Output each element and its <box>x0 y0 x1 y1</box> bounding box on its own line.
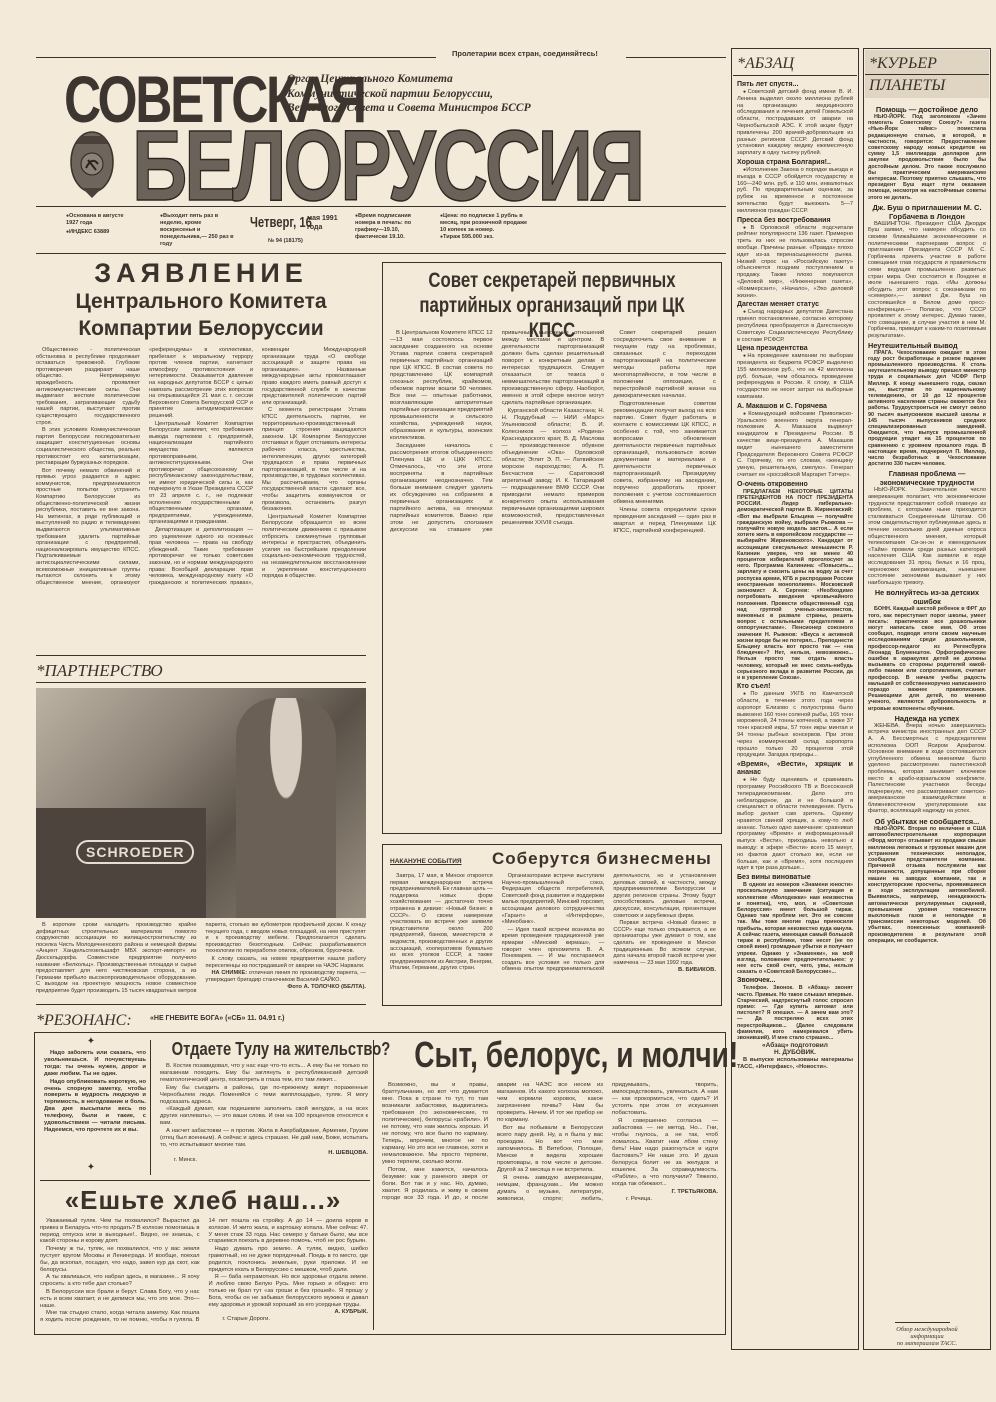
courier-item-head: Помощь — достойное дело <box>868 105 986 114</box>
abzac-item-text: ПРЕДЛАГАЕМ НЕКОТОРЫЕ ЦИТАТЫ ПРЕТЕНДЕНТОВ… <box>737 489 853 681</box>
abzac-item-head: Пресса без востребования <box>737 217 853 225</box>
abzac-body: Пять лет спустя... Советский детский фон… <box>737 79 853 1329</box>
abzac-item-text: В одном из номеров «Знамени юности» прос… <box>737 882 853 975</box>
abzac-item-head: Без вины виноватые <box>737 874 853 882</box>
letter3-title: Сыт, белорус, и молчи! <box>414 1034 685 1076</box>
abzac-item-head: Хороша страна Болгария!.. <box>737 159 853 167</box>
council-title-line1: Совет секретарей первичных <box>418 268 687 293</box>
masthead-organ: Орган Центрального Комитета Коммунистиче… <box>287 72 531 116</box>
statement-paragraph: С момента регистрации Устава КПСС деятел… <box>262 407 366 513</box>
index-text: ИНДЕКС 63889 <box>66 229 132 236</box>
courier-footer-line2: информации <box>868 1333 986 1340</box>
resonance-center-divider <box>373 1040 374 1330</box>
letter2-paragraph: Надо думать про землю. А туляк, видно, ш… <box>209 1246 369 1273</box>
business-kicker: НАКАНУНЕ СОБЫТИЯ <box>390 858 462 865</box>
courier-item-head: Главная проблема — экономические труднос… <box>868 469 986 487</box>
photo-caption: НА СНИМКЕ: отличная линия по производств… <box>206 970 367 983</box>
letter1-bottom-rule <box>40 1180 370 1181</box>
letter2-body: Уважаемый туляк. Чем ты похвалился? Выра… <box>40 1218 368 1330</box>
letter2-paragraph: А ты хвалишься, что набрал здесь, в мага… <box>40 1274 200 1288</box>
courier-item-text: НЬЮ-ЙОРК. Значительное число американцев… <box>868 487 986 586</box>
council-paragraph: Совет секретарей решил сосредоточить сво… <box>613 330 716 400</box>
letter1-paragraph: А насчет забастовки — я против. Жила в А… <box>160 1128 368 1149</box>
statement-bottom-rule <box>36 655 366 656</box>
letter3-city: г. Речица. <box>612 1196 718 1203</box>
courier-rubric-line2: ПЛАНЕТЫ <box>869 77 945 95</box>
circulation-text: Тираж 595.000 экз. <box>440 234 530 241</box>
council-paragraph: В Центральном Комитете КПСС 12—13 мая со… <box>390 330 493 442</box>
courier-item-text: НЬЮ-ЙОРК. Под заголовком «Зачем помогать… <box>868 114 986 201</box>
courier-item-head: Об убытках не сообщается... <box>868 817 986 826</box>
abzac-item-text: По данным УКГБ по Камчатской области, в … <box>737 691 853 759</box>
star-ornament-icon: ✦ <box>36 1162 146 1173</box>
courier-item-head: Надежда на успех <box>868 714 986 723</box>
statement-paragraph: Центральный Комитет Компартии Белоруссии… <box>262 514 366 580</box>
intro-paragraph: Надо заболеть или сказать, что увольняеш… <box>44 1050 146 1078</box>
letter2-signature: А. КУБРЫК. <box>209 1309 369 1316</box>
council-body: В Центральном Комитете КПСС 12—13 мая со… <box>390 330 716 828</box>
price-block: Цена: по подписке 1 рубль в месяц, при р… <box>440 213 530 241</box>
abzac-item-head: Кто съел! <box>737 683 853 691</box>
partnership-bottom-rule <box>36 1004 366 1005</box>
courier-footer-line1: Обзор международной <box>868 1326 986 1333</box>
resonance-reference: «НЕ ГНЕВИТЕ БОГА» («СБ» 11. 04.91 г.) <box>150 1015 285 1022</box>
partnership-photo: SCHROEDER <box>36 688 366 918</box>
letter2-city: г. Старые Дороги. <box>209 1316 369 1323</box>
abzac-item-text: Съезд народных депутатов Дагестана приня… <box>737 309 853 343</box>
founded-text: Основана в августе 1927 года <box>66 213 132 227</box>
statement-kicker: ЗАЯВЛЕНИЕ <box>36 258 366 289</box>
courier-item-text: ПРАГА. Чехословакию ожидает в этом году … <box>868 350 986 468</box>
letter1-title: Отдаете Тулу на жительство? <box>172 1039 351 1060</box>
business-paragraph: Завтра, 17 мая, в Минске откроется перва… <box>390 873 493 972</box>
abzac-item-head: А. Макашов и С. Горячева <box>737 403 853 411</box>
masthead-slogan: Пролетарии всех стран, соединяйтесь! <box>452 49 598 58</box>
courier-item-text: ВАШИНГТОН. Президент США Джордж Буш заяв… <box>868 221 986 340</box>
issue-number: № 94 (18175) <box>268 238 303 244</box>
masthead-info-top-rule <box>36 206 726 207</box>
caption-label: НА СНИМКЕ: <box>212 970 248 976</box>
council-paragraph: Курганской области Казахстана; Н. Н. Под… <box>502 408 605 527</box>
masthead-info-bottom-rule <box>36 253 726 254</box>
abzac-signature-line2: Н. ДУБОВИК. <box>737 1050 853 1057</box>
business-signature: В. БИБИКОВ. <box>613 967 716 974</box>
partnership-text: В короткие сроки наладить производство к… <box>36 922 366 997</box>
weekday-date: Четверг, 16 <box>250 214 312 231</box>
signing-time: Время подписания номера в печать: по гра… <box>355 213 425 241</box>
abzac-item-text: В Орловской области подсчитали рейтинг п… <box>737 225 853 300</box>
business-paragraph: Организаторами встречи выступили Научно-… <box>502 873 605 926</box>
abzac-rubric-rule <box>733 75 857 76</box>
abzac-item-text: На проведение кампании по выборам презид… <box>737 353 853 401</box>
letter1-body: В. Костик позавидовал, что у нас еще что… <box>160 1063 368 1175</box>
statement-title-line2: Компартии Белоруссии <box>36 315 366 342</box>
abzac-item-text: Советский детский фонд имени В. И. Ленин… <box>737 89 853 157</box>
courier-rubric-line1: *КУРЬЕР <box>869 55 937 73</box>
statement-paragraph: Центральный Комитет Компартии Белоруссии… <box>149 421 253 527</box>
business-title: Соберутся бизнесмены <box>492 849 712 869</box>
abzac-item-text: Не буду оценивать и сравнивать программу… <box>737 777 853 872</box>
letter2-paragraph: Я — баба неграмотная. Но все здоровье от… <box>209 1274 369 1308</box>
masthead-top-rule-right <box>626 57 726 58</box>
letter1-paragraph: В. Костик позавидовал, что у нас еще что… <box>160 1063 368 1084</box>
letter2-paragraph: Уважаемый туляк. Чем ты похвалился? Выра… <box>40 1218 200 1245</box>
abzac-item-head: Пять лет спустя... <box>737 81 853 89</box>
letter3-paragraph: Я совершенно согласна — забастовка — не … <box>612 1118 718 1188</box>
statement-body: Общественно - политическая обстановка в … <box>36 347 366 612</box>
business-body: Завтра, 17 мая, в Минске откроется перва… <box>390 873 716 1001</box>
resonance-rubric: *РЕЗОНАНС: <box>36 1012 132 1030</box>
courier-footer-line3: по материалам ТАСС. <box>868 1340 986 1347</box>
council-paragraph: Члены совета определили сроки проведения… <box>613 507 716 535</box>
masthead-founded-block: Основана в августе 1927 года ИНДЕКС 6388… <box>66 213 132 236</box>
abzac-item-text: Исполнение Закона о порядке выезда и въе… <box>737 167 853 215</box>
organ-line-1: Орган Центрального Комитета <box>287 72 531 87</box>
courier-footer: Обзор международной информации по матери… <box>868 1326 986 1348</box>
order-emblem-icon <box>68 128 116 200</box>
courier-footer-rule <box>895 1322 950 1323</box>
letter2-paragraph: В Белоруссии все брали и берут. Слава Бо… <box>40 1289 200 1309</box>
letter2-title: «Ешьте хлеб наш...» <box>36 1185 370 1216</box>
courier-item-text: БОНН. Каждый шестой ребенок в ФРГ до тог… <box>868 606 986 711</box>
price-text: Цена: по подписке 1 рубль в месяц, при р… <box>440 213 530 234</box>
courier-item-head: Неутешительный вывод <box>868 342 986 350</box>
statement-title-line1: Центрального Комитета <box>36 288 366 315</box>
statement-title: Центрального Комитета Компартии Белорусс… <box>36 288 366 342</box>
abzac-item-head: «Время», «Вести», хрящик и ананас <box>737 761 853 777</box>
council-paragraph: Подготовленные советом рекомендации полу… <box>613 401 716 506</box>
abzac-item-text: Командующий войсками Приволжско-Уральско… <box>737 411 853 479</box>
abzac-item-text: Телефон. Звонок. В «Абзац» звонят часто.… <box>737 985 853 1041</box>
courier-item-text: НЬЮ-ЙОРК. Вторая по величине в США автом… <box>868 826 986 944</box>
intro-paragraph: Надо опубликовать короткую, но очень спо… <box>44 1079 146 1134</box>
frequency-text: Выходит пять раз в неделю, кроме воскрес… <box>160 213 236 248</box>
photo-credit: Фото А. ТОЛОЧКО (БЕЛТА). <box>206 984 367 991</box>
masthead-title-line2: БЕЛОРУССИЯ <box>132 118 642 214</box>
abzac-rubric: *АБЗАЦ <box>737 55 794 73</box>
letter3-paragraph: Возможно, вы и правы, браттульчанин, но … <box>382 1082 488 1166</box>
courier-body: Помощь — достойное дело НЬЮ-ЙОРК. Под за… <box>868 103 986 1328</box>
courier-item-head: Дж. Буш о приглашении М. С. Горбачева в … <box>868 203 986 221</box>
abzac-item-head: О-очень откровенно <box>737 481 853 489</box>
letter1-signature: Н. ШЕВЦОВА. <box>160 1150 368 1157</box>
statement-paragraph: В этих условиях Коммунистическая партия … <box>36 427 140 467</box>
abzac-footer: В выпуске использованы материалы ТАСС, «… <box>737 1057 853 1071</box>
letter1-city: г. Минск. <box>160 1157 368 1164</box>
letter3-signature: Г. ТРЕТЬЯКОВА. <box>612 1189 718 1196</box>
statement-paragraph: Общественно - политическая обстановка в … <box>36 347 140 426</box>
courier-item-head: Не волнуйтесь из-за детских ошибок <box>868 588 986 606</box>
letter3-body: Возможно, вы и правы, браттульчанин, но … <box>382 1082 718 1330</box>
abzac-item-head: Цена президентства <box>737 345 853 353</box>
courier-item-text: ЖЕНЕВА. Вчера ночью завершилась встреча … <box>868 723 986 815</box>
partnership-rule <box>36 682 366 683</box>
letter1-paragraph: Ему бы съездить в районы, где по-прежнем… <box>160 1085 368 1106</box>
partnership-rubric: *ПАРТНЕРСТВО <box>36 661 163 681</box>
courier-rubric-rule <box>865 74 989 75</box>
masthead-top-rule <box>36 57 436 58</box>
letter1-paragraph: «Каждый думает, как подешевле заполнить … <box>160 1106 368 1127</box>
photo-worker <box>236 698 336 918</box>
resonance-intro: Надо заболеть или сказать, что увольняеш… <box>44 1050 146 1170</box>
business-paragraph: Первая встреча «Новый бизнес в СССР» еще… <box>613 920 716 966</box>
letter2-paragraph: Почему ж ты, туляк, не похвалился, что у… <box>40 1246 200 1273</box>
photo-machine-label: SCHROEDER <box>76 840 194 864</box>
intro-divider <box>150 1040 151 1175</box>
letter3-paragraph: Вот вы побывали в Белоруссии всего пару … <box>497 1125 603 1174</box>
month-year: мая 1991 года <box>307 214 341 232</box>
organ-line-2: Коммунистической партии Белоруссии, <box>287 87 531 102</box>
abzac-item-head: Дагестан меняет статус <box>737 301 853 309</box>
star-ornament-icon: ✦ <box>36 1036 146 1047</box>
partnership-paragraph: К слову сказать, на новом предприятии на… <box>206 956 367 969</box>
